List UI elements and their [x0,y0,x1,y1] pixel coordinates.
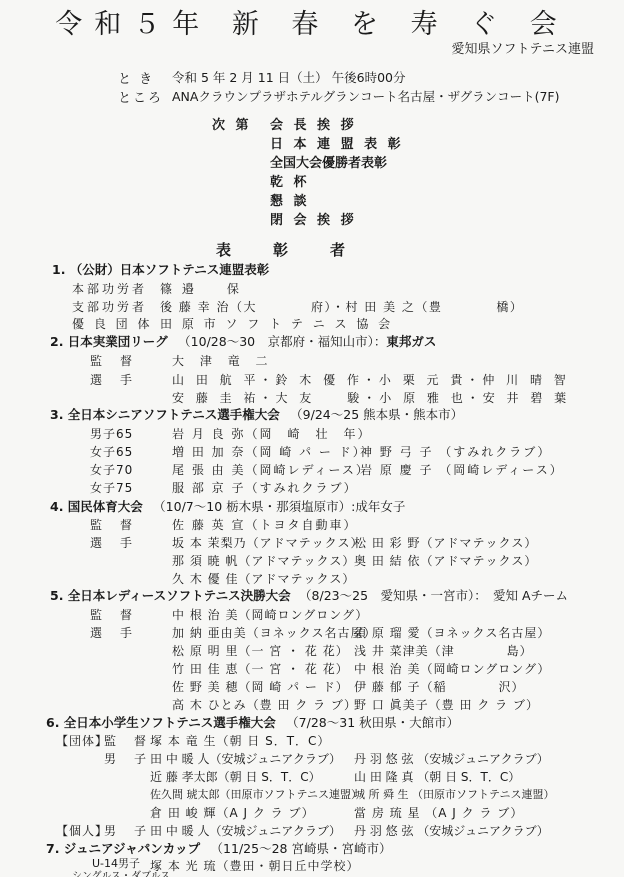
awardee: 中 根 治 美（岡崎ロングロング） [354,660,550,677]
program-item: 懇 談 [270,190,310,209]
awardee: 丹 羽 悠 弦 （安城ジュニアクラブ） [354,822,549,839]
awardee: 塚 本 竜 生（朝 日 S．T．C） [150,732,330,749]
section-detail: （8/23～25 愛知県・一宮市）： 愛知 Aチーム [299,588,568,603]
section-detail: （9/24～25 熊本県・熊本市） [290,407,463,422]
awardee: 尾 張 由 美（岡崎レディース） [172,461,370,478]
awardee: 佐久間 琥太郎（田原市ソフトテニス連盟） [150,786,362,802]
role: 監 督 [90,516,135,533]
program-item: 乾 杯 [270,171,310,190]
section-title-text: 7. ジュニアジャパンカップ [46,841,200,856]
role: 監 督 [90,352,135,369]
awardee: 竹 田 佳 恵（一 宮 ・ 花 花） [172,660,349,677]
awardee: 松 田 彩 野（アドマテックス） [354,534,537,551]
awardee: 松 原 明 里（一 宮 ・ 花 花） [172,642,349,659]
role: 優 良 団 体 [72,315,152,332]
program-item: 日 本 連 盟 表 彰 [270,133,404,152]
awardee: 服 部 京 子（すみれクラブ） [172,479,358,496]
program-item: 会 長 挨 拶 [270,114,357,133]
awardee: 那 須 暁 帆（アドマテックス） [172,552,355,569]
section-detail: （11/25～28 宮崎県・宮崎市） [211,841,392,856]
program-item: 全国大会優勝者表彰 [270,152,387,171]
category: 男子65 [90,425,133,442]
section-title-text: 5. 全日本レディースソフトテニス決勝大会 [50,588,291,603]
awardee: 山 田 航 平・鈴 木 優 作・小 栗 元 貴・仲 川 晴 智 [172,371,570,388]
category: 女子65 [90,443,133,460]
page-title: 令和５年 新 春 を 寿 ぐ 会 [0,2,624,41]
role: 監 督 [90,606,135,623]
awardee: 田 中 暖 人（安城ジュニアクラブ） [150,822,341,839]
awardee: 須 原 瑠 愛（ヨネックス名古屋） [354,624,550,641]
when-label: と き [118,68,154,87]
section-detail: （10/7～10 栃木県・那須塩原市）:成年女子 [153,499,405,514]
section-title: 2. 日本実業団リーグ （10/28～30 京都府・福知山市）：東邦ガス [50,332,436,350]
organizer: 愛知県ソフトテニス連盟 [452,38,594,57]
awardee: 岩 月 良 弥（岡 崎 壮 年） [172,425,371,442]
awardee: 塚 本 光 琉（豊田・朝日丘中学校） [150,857,359,874]
role: 男 子 [104,822,149,839]
awardee: 後 藤 幸 治（大 府）・村 田 美 之（豊 橋） [160,298,523,315]
group-label: 【個人】 [56,822,108,839]
awardee: 佐 野 美 穂（岡 崎 パ ー ド） [172,678,349,695]
awardee: 當 房 琉 星 （A J ク ラ ブ） [354,804,523,821]
awardee: 近 藤 孝太郎（朝 日 S．T．C） [150,768,321,785]
awardee: 大 津 竜 二 [172,352,273,369]
program-label: 次 第 [212,114,252,133]
awardee: 丹 羽 悠 弦 （安城ジュニアクラブ） [354,750,549,767]
role: 本部功労者 [72,280,147,297]
section-title: 4. 国民体育大会 （10/7～10 栃木県・那須塩原市）:成年女子 [50,497,405,515]
role: 選 手 [90,371,135,388]
awardee: 中 根 治 美（岡崎ロングロング） [172,606,368,623]
awardee: 奥 田 結 依（アドマテックス） [354,552,537,569]
awardee: 高 木 ひとみ（豊 田 ク ラ ブ） [172,696,357,713]
section-title-text: 4. 国民体育大会 [50,499,143,514]
awardee: 篠 邉 保 [160,280,242,297]
category: 女子75 [90,479,133,496]
program-item: 閉 会 挨 拶 [270,209,357,228]
awardee: 浅 井 菜津美（津 島） [354,642,533,659]
awardee: 増 田 加 奈（岡 崎 パ ー ド） [172,443,367,460]
awardee: 田 中 暖 人（安城ジュニアクラブ） [150,750,341,767]
awardee: 久 木 優 佳（アドマテックス） [172,570,355,587]
section-title: 1. （公財）日本ソフトテニス連盟表彰 [52,260,269,278]
awardee: 佐 藤 英 宣（トヨタ自動車） [172,516,357,533]
section-detail: （7/28～31 秋田県・大館市） [286,715,459,730]
role: 支部功労者 [72,298,147,315]
role: 選 手 [90,534,135,551]
awardee: 岩 原 慶 子 （岡崎レディース） [360,461,564,478]
section-title-text: 2. 日本実業団リーグ [50,334,168,349]
section-result: 東邦ガス [386,334,436,349]
awardee: 山 田 隆 真 （朝 日 S．T．C） [354,768,520,785]
section-title-text: 6. 全日本小学生ソフトテニス選手権大会 [46,715,276,730]
section-title: 5. 全日本レディースソフトテニス決勝大会 （8/23～25 愛知県・一宮市）：… [50,586,568,604]
role: 選 手 [90,624,135,641]
awardee: 伊 藤 郁 子（稲 沢） [354,678,524,695]
awardee: 野 口 眞美子（豊 田 ク ラ ブ） [354,696,539,713]
section-title: 3. 全日本シニアソフトテニス選手権大会 （9/24～25 熊本県・熊本市） [50,405,463,423]
awardee: 神 野 弓 子 （すみれクラブ） [360,443,551,460]
role: 男 子 [104,750,149,767]
group-label: 【団体】 [56,732,108,749]
awardee: 田 原 市 ソ フ ト テ ニ ス 協 会 [160,315,393,332]
where-value: ANAクラウンプラザホテルグランコート名古屋・ザグランコート(7F) [172,87,559,105]
awardee: 加 納 亜由美（ヨネックス名古屋） [172,624,377,641]
when-value: 令和 5 年 2 月 11 日（土） 午後6時00分 [172,68,406,86]
awardee: 坂 本 茉梨乃（アドマテックス） [172,534,364,551]
section-detail: （10/28～30 京都府・福知山市）： [178,334,386,349]
category: 女子70 [90,461,133,478]
section-title: 6. 全日本小学生ソフトテニス選手権大会 （7/28～31 秋田県・大館市） [46,713,459,731]
where-label: ところ [118,87,163,106]
awardee: 安 藤 圭 祐・大 友 駿・小 原 雅 也・安 井 碧 葉 [172,389,570,406]
awardee: 城 所 舜 生 （田原市ソフトテニス連盟） [354,786,555,802]
awardees-heading: 表 彰 者 [216,239,349,260]
awardee: 倉 田 峻 輝（A J ク ラ ブ） [150,804,315,821]
role: 監 督 [104,732,149,749]
section-title-text: 3. 全日本シニアソフトテニス選手権大会 [50,407,280,422]
